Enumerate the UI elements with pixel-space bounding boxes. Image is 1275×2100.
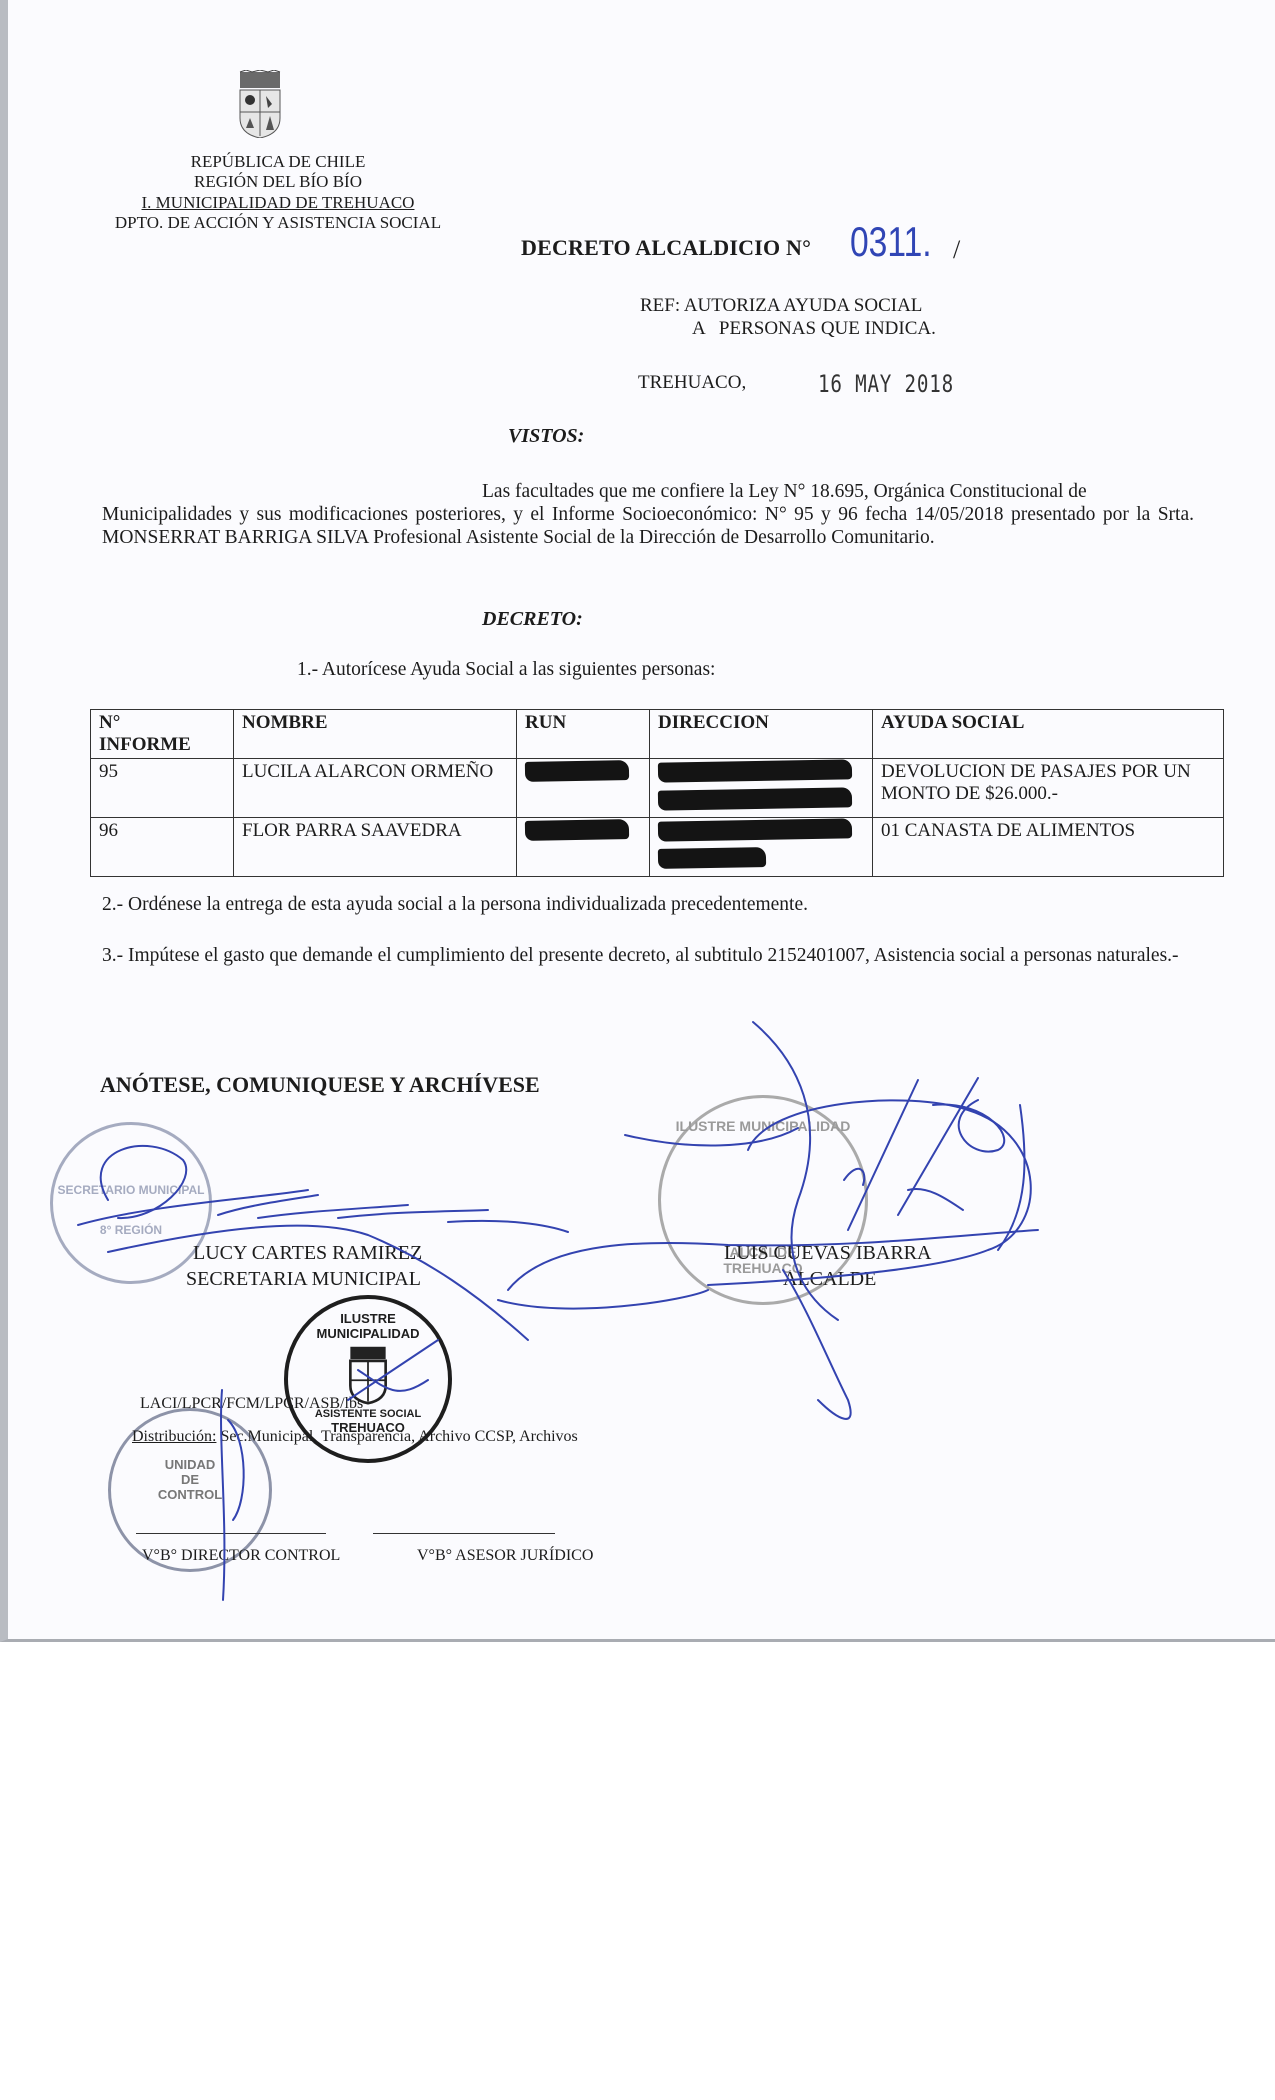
cell-nombre: FLOR PARRA SAAVEDRA bbox=[234, 818, 517, 877]
secretaria-title: SECRETARIA MUNICIPAL bbox=[186, 1268, 421, 1291]
seal-text: SECRETARIO MUNICIPAL bbox=[53, 1183, 209, 1197]
redaction-mark bbox=[525, 760, 629, 782]
header-direccion: DIRECCION bbox=[650, 710, 873, 759]
vistos-heading: VISTOS: bbox=[508, 425, 584, 448]
table-row: 95 LUCILA ALARCON ORMEÑO DEVOLUCION DE P… bbox=[91, 759, 1224, 818]
header-department: DPTO. DE ACCIÓN Y ASISTENCIA SOCIAL bbox=[108, 213, 448, 233]
seal-text: 8° REGIÓN bbox=[53, 1223, 209, 1237]
decreto-item-2: 2.- Ordénese la entrega de esta ayuda so… bbox=[102, 893, 808, 917]
header-municipality: I. MUNICIPALIDAD DE TREHUACO bbox=[108, 193, 448, 213]
cell-run bbox=[517, 759, 650, 818]
cell-ayuda: 01 CANASTA DE ALIMENTOS bbox=[873, 818, 1224, 877]
seal-text: UNIDAD bbox=[111, 1457, 269, 1472]
header-nombre: NOMBRE bbox=[234, 710, 517, 759]
cell-ayuda: DEVOLUCION DE PASAJES POR UN MONTO DE $2… bbox=[873, 759, 1224, 818]
header-ayuda: AYUDA SOCIAL bbox=[873, 710, 1224, 759]
distribution-list: Sec.Municipal, Transparencia, Archivo CC… bbox=[220, 1428, 577, 1445]
document-page: REPÚBLICA DE CHILE REGIÓN DEL BÍO BÍO I.… bbox=[0, 0, 1275, 1642]
vb-asesor-juridico: V°B° ASESOR JURÍDICO bbox=[417, 1547, 593, 1565]
redaction-mark bbox=[525, 819, 629, 841]
alcalde-name: LUIS CUEVAS IBARRA bbox=[724, 1242, 931, 1265]
decreto-item-3: 3.- Impútese el gasto que demande el cum… bbox=[102, 944, 1194, 967]
header-region: REGIÓN DEL BÍO BÍO bbox=[108, 172, 448, 192]
cell-run bbox=[517, 818, 650, 877]
decree-title: DECRETO ALCALDICIO N° bbox=[521, 235, 811, 261]
initials-line: LACI/LPCR/FCM/LPCR/ASB/lbs bbox=[140, 1395, 363, 1413]
vb-director-control: V°B° DIRECTOR CONTROL bbox=[142, 1547, 340, 1565]
ref-line-1: REF: AUTORIZA AYUDA SOCIAL bbox=[640, 295, 922, 317]
table-header-row: N° INFORME NOMBRE RUN DIRECCION AYUDA SO… bbox=[91, 710, 1224, 759]
control-signature-line bbox=[136, 1533, 326, 1534]
ref-line-2: A PERSONAS QUE INDICA. bbox=[692, 318, 936, 340]
redaction-mark bbox=[658, 759, 852, 782]
municipal-crest-icon bbox=[236, 70, 284, 138]
city-label: TREHUACO, bbox=[638, 372, 746, 394]
redaction-mark bbox=[658, 847, 766, 869]
alcalde-title: ALCALDE bbox=[783, 1268, 876, 1291]
header-run: RUN bbox=[517, 710, 650, 759]
distribution-label: Distribución: bbox=[132, 1428, 216, 1445]
redaction-mark bbox=[658, 787, 852, 810]
vistos-body: Municipalidades y sus modificaciones pos… bbox=[102, 503, 1194, 549]
cell-informe: 96 bbox=[91, 818, 234, 877]
seal-text: CONTROL bbox=[111, 1487, 269, 1502]
beneficiaries-table: N° INFORME NOMBRE RUN DIRECCION AYUDA SO… bbox=[90, 709, 1224, 877]
vistos-first-line: Las facultades que me confiere la Ley N°… bbox=[482, 480, 1087, 504]
redaction-mark bbox=[658, 818, 852, 841]
juridico-signature-line bbox=[373, 1533, 555, 1534]
seal-text: DE bbox=[111, 1472, 269, 1487]
cell-direccion bbox=[650, 759, 873, 818]
cell-informe: 95 bbox=[91, 759, 234, 818]
header-republic: REPÚBLICA DE CHILE bbox=[108, 152, 448, 172]
header-informe: N° INFORME bbox=[91, 710, 234, 759]
date-stamp: 16 MAY 2018 bbox=[818, 370, 954, 398]
closing-formula: ANÓTESE, COMUNIQUESE Y ARCHÍVESE bbox=[100, 1072, 540, 1098]
table-row: 96 FLOR PARRA SAAVEDRA 01 CANASTA DE ALI… bbox=[91, 818, 1224, 877]
decree-number-handwritten: 0311. bbox=[850, 218, 932, 266]
secretaria-seal: SECRETARIO MUNICIPAL 8° REGIÓN bbox=[50, 1122, 212, 1284]
decreto-item-1: 1.- Autorícese Ayuda Social a las siguie… bbox=[297, 658, 715, 682]
cell-direccion bbox=[650, 818, 873, 877]
distribution-line: Distribución: Sec.Municipal, Transparenc… bbox=[132, 1428, 578, 1446]
seal-text: ILUSTRE MUNICIPALIDAD bbox=[661, 1118, 865, 1134]
cell-nombre: LUCILA ALARCON ORMEÑO bbox=[234, 759, 517, 818]
decreto-heading: DECRETO: bbox=[482, 608, 583, 631]
seal-text: ILUSTRE MUNICIPALIDAD bbox=[288, 1311, 448, 1341]
secretaria-name: LUCY CARTES RAMIREZ bbox=[193, 1242, 422, 1265]
decree-slash: / bbox=[953, 235, 960, 265]
